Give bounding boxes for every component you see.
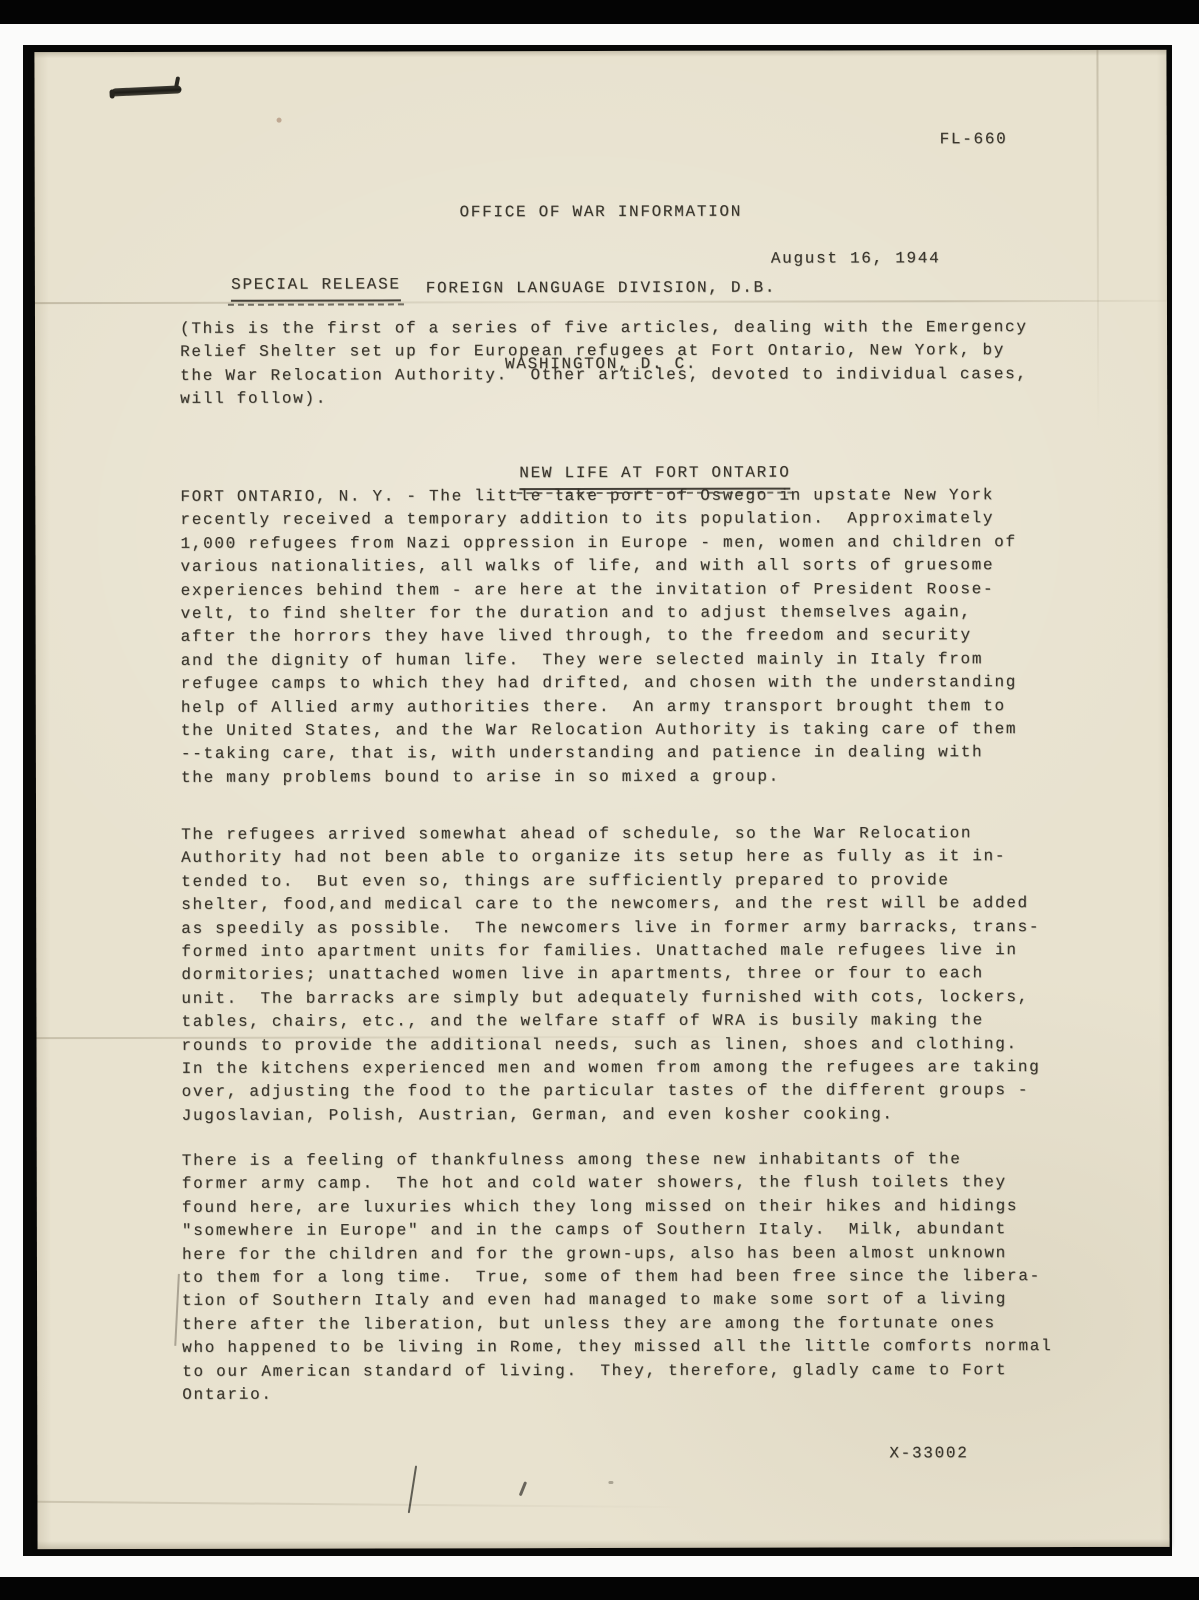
pen-slash-mark	[408, 1466, 417, 1514]
reference-number: X-33002	[889, 1442, 968, 1466]
staple	[111, 85, 181, 96]
editorial-note: (This is the first of a series of five a…	[180, 316, 1028, 411]
document-page: FL-660 OFFICE OF WAR INFORMATION FOREIGN…	[34, 50, 1169, 1549]
scanner-border-bottom	[0, 1577, 1199, 1600]
body-paragraph-2: The refugees arrived somewhat ahead of s…	[181, 822, 1041, 1128]
scanner-border-top	[0, 0, 1199, 24]
scanned-document-photo: { "document": { "file_code": "FL-660", "…	[0, 0, 1199, 1600]
body-paragraph-3: There is a feeling of thankfulness among…	[182, 1148, 1053, 1407]
paper-smudge	[277, 118, 282, 123]
pen-tick-mark	[519, 1481, 527, 1496]
agency-name: OFFICE OF WAR INFORMATION	[35, 199, 1167, 227]
pen-margin-mark	[174, 1274, 179, 1346]
fold-crease-bottom	[37, 1501, 694, 1509]
pen-dot-mark	[608, 1481, 613, 1484]
release-type: SPECIAL RELEASE	[186, 250, 401, 325]
body-paragraph-1: FORT ONTARIO, N. Y. - The little lake po…	[180, 484, 1017, 790]
release-type-label: SPECIAL RELEASE	[231, 274, 401, 302]
release-date: August 16, 1944	[771, 247, 941, 271]
